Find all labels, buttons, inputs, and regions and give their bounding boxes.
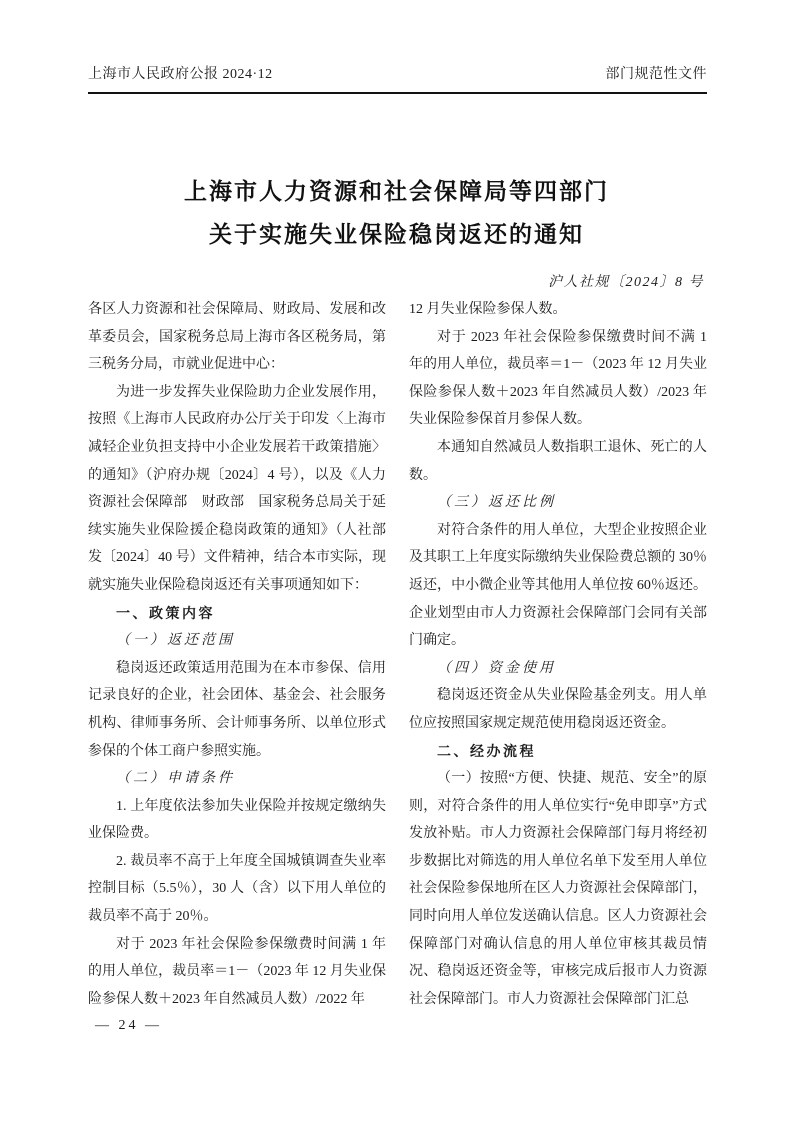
paragraph-subsection: （四）资金使用 (409, 655, 707, 683)
header-gazette-name: 上海市人民政府公报 2024·12 (88, 63, 273, 83)
paragraph-subsection: （一）返还范围 (88, 627, 386, 655)
paragraph-body: 对于 2023 年社会保险参保缴费时间不满 1 年的用人单位，裁员率＝1－（20… (409, 324, 707, 434)
paragraph-subsection: （三）返还比例 (409, 489, 707, 517)
header-rule (88, 92, 707, 94)
running-header: 上海市人民政府公报 2024·12 部门规范性文件 (88, 63, 707, 83)
paragraph-body: 对符合条件的用人单位，大型企业按照企业及其职工上年度实际缴纳失业保险费总额的 3… (409, 517, 707, 655)
paragraph-body: 稳岗返还资金从失业保险基金列支。用人单位应按照国家规定规范使用稳岗返还资金。 (409, 682, 707, 737)
paragraph-opening: 各区人力资源和社会保障局、财政局、发展和改革委员会，国家税务总局上海市各区税务局… (88, 296, 386, 379)
text-columns: 各区人力资源和社会保障局、财政局、发展和改革委员会，国家税务总局上海市各区税务局… (88, 296, 707, 1013)
paragraph-body: （一）按照“方便、快捷、规范、安全”的原则，对符合条件的用人单位实行“免申即享”… (409, 765, 707, 1013)
paragraph-body: 1. 上年度依法参加失业保险并按规定缴纳失业保险费。 (88, 793, 386, 848)
document-title: 上海市人力资源和社会保障局等四部门 关于实施失业保险稳岗返还的通知 (0, 170, 793, 256)
paragraph-section: 一、政策内容 (88, 600, 386, 628)
paragraph-body: 稳岗返还政策适用范围为在本市参保、信用记录良好的企业，社会团体、基金会、社会服务… (88, 655, 386, 765)
gazette-page: 上海市人民政府公报 2024·12 部门规范性文件 上海市人力资源和社会保障局等… (0, 0, 793, 1122)
document-title-line1: 上海市人力资源和社会保障局等四部门 (0, 170, 793, 213)
paragraph-section: 二、经办流程 (409, 738, 707, 766)
paragraph-body: 2. 裁员率不高于上年度全国城镇调查失业率控制目标（5.5％），30 人（含）以… (88, 848, 386, 931)
paragraph-body: 为进一步发挥失业保险助力企业发展作用，按照《上海市人民政府办公厅关于印发〈上海市… (88, 379, 386, 600)
paragraph-body: 对于 2023 年社会保险参保缴费时间满 1 年的用人单位，裁员率＝1－（202… (88, 931, 386, 1014)
right-column: 12 月失业保险参保人数。对于 2023 年社会保险参保缴费时间不满 1 年的用… (409, 296, 707, 1013)
page-number: — 24 — (95, 1018, 162, 1034)
left-column: 各区人力资源和社会保障局、财政局、发展和改革委员会，国家税务总局上海市各区税务局… (88, 296, 386, 1013)
paragraph-body: 本通知自然减员人数指职工退休、死亡的人数。 (409, 434, 707, 489)
document-number: 沪人社规〔2024〕8 号 (88, 271, 704, 291)
paragraph-continuation: 12 月失业保险参保人数。 (409, 296, 707, 324)
paragraph-subsection: （二）申请条件 (88, 765, 386, 793)
document-title-line2: 关于实施失业保险稳岗返还的通知 (0, 213, 793, 256)
header-section-label: 部门规范性文件 (606, 63, 708, 83)
